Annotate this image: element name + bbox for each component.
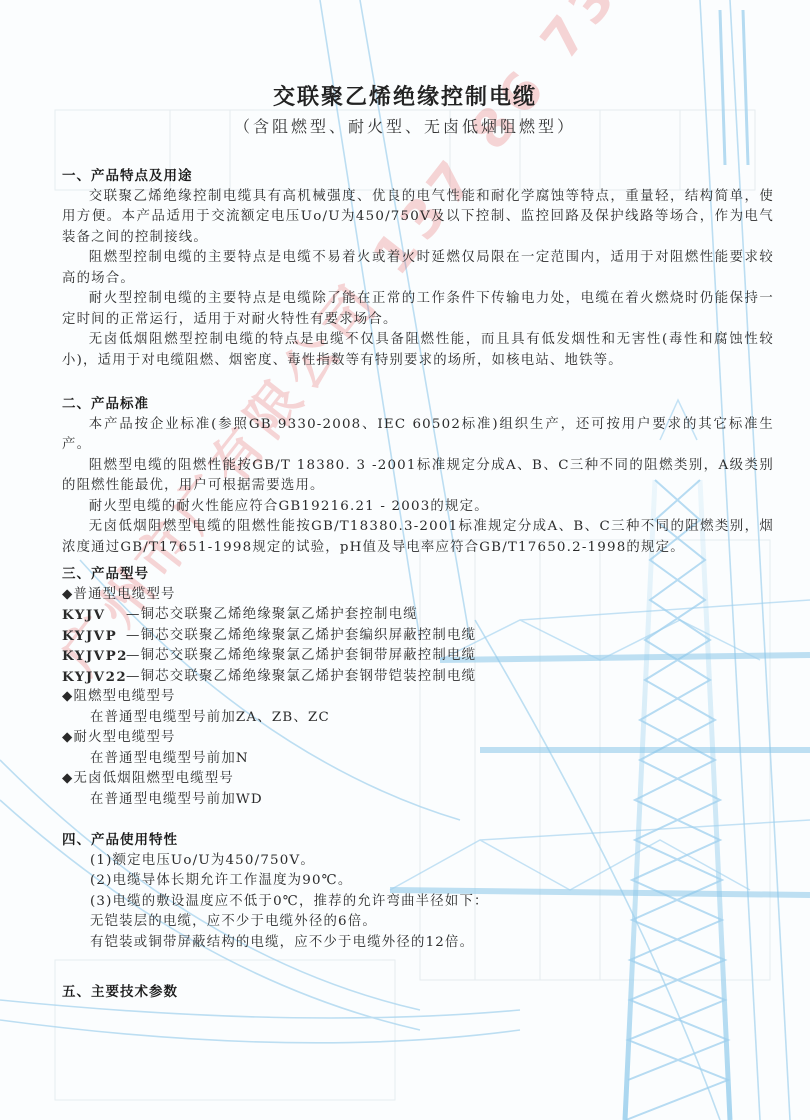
section-heading: 五、主要技术参数 bbox=[62, 982, 774, 1003]
usage-item: (2)电缆导体长期允许工作温度为90℃。 bbox=[62, 871, 774, 892]
section-heading: 三、产品型号 bbox=[62, 564, 774, 585]
paragraph: 无卤低烟阻燃型电缆的阻燃性能按GB/T18380.3-2001标准规定分成A、B… bbox=[62, 517, 774, 558]
section-features: 一、产品特点及用途 交联聚乙烯绝缘控制电缆具有高机械强度、优良的电气性能和耐化学… bbox=[62, 166, 774, 371]
model-description: —铜芯交联聚乙烯绝缘聚氯乙烯护套控制电缆 bbox=[126, 605, 418, 626]
model-group-note: 在普通型电缆型号前加WD bbox=[62, 790, 774, 811]
model-row: KYJVP2 —铜芯交联聚乙烯绝缘聚氯乙烯护套铜带屏蔽控制电缆 bbox=[62, 646, 774, 667]
usage-item: 无铠装层的电缆，应不少于电缆外径的6倍。 bbox=[62, 912, 774, 933]
model-description: —铜芯交联聚乙烯绝缘聚氯乙烯护套铜带屏蔽控制电缆 bbox=[126, 646, 476, 667]
model-code: KYJV bbox=[62, 605, 126, 626]
model-group-label: ◆阻燃型电缆型号 bbox=[62, 687, 774, 708]
usage-item: (3)电缆的敷设温度应不低于0℃，推荐的允许弯曲半径如下： bbox=[62, 892, 774, 913]
paragraph: 阻燃型控制电缆的主要特点是电缆不易着火或着火时延燃仅局限在一定范围内，适用于对阻… bbox=[62, 248, 774, 289]
model-code: KYJVP bbox=[62, 626, 126, 647]
model-row: KYJVP —铜芯交联聚乙烯绝缘聚氯乙烯护套编织屏蔽控制电缆 bbox=[62, 626, 774, 647]
model-group-note: 在普通型电缆型号前加N bbox=[62, 749, 774, 770]
model-description: —铜芯交联聚乙烯绝缘聚氯乙烯护套钢带铠装控制电缆 bbox=[126, 667, 476, 688]
usage-item: 有铠装或铜带屏蔽结构的电缆，应不少于电缆外径的12倍。 bbox=[62, 933, 774, 954]
model-code: KYJVP2 bbox=[62, 646, 126, 667]
section-heading: 四、产品使用特性 bbox=[62, 830, 774, 851]
model-row: KYJV —铜芯交联聚乙烯绝缘聚氯乙烯护套控制电缆 bbox=[62, 605, 774, 626]
usage-item: (1)额定电压Uo/U为450/750V。 bbox=[62, 851, 774, 872]
model-group-note: 在普通型电缆型号前加ZA、ZB、ZC bbox=[62, 708, 774, 729]
section-heading: 二、产品标准 bbox=[62, 394, 774, 415]
section-models: 三、产品型号 ◆普通型电缆型号 KYJV —铜芯交联聚乙烯绝缘聚氯乙烯护套控制电… bbox=[62, 564, 774, 810]
page-subtitle: （含阻燃型、耐火型、无卤低烟阻燃型） bbox=[0, 114, 810, 137]
section-usage: 四、产品使用特性 (1)额定电压Uo/U为450/750V。 (2)电缆导体长期… bbox=[62, 830, 774, 953]
model-code: KYJV22 bbox=[62, 667, 126, 688]
model-row: KYJV22 —铜芯交联聚乙烯绝缘聚氯乙烯护套钢带铠装控制电缆 bbox=[62, 667, 774, 688]
section-standards: 二、产品标准 本产品按企业标准(参照GB 9330-2008、IEC 60502… bbox=[62, 394, 774, 558]
model-description: —铜芯交联聚乙烯绝缘聚氯乙烯护套编织屏蔽控制电缆 bbox=[126, 626, 476, 647]
section-tech-params: 五、主要技术参数 bbox=[62, 982, 774, 1003]
paragraph: 耐火型控制电缆的主要特点是电缆除了能在正常的工作条件下传输电力处，电缆在着火燃烧… bbox=[62, 289, 774, 330]
model-group-label: ◆耐火型电缆型号 bbox=[62, 728, 774, 749]
paragraph: 无卤低烟阻燃型控制电缆的特点是电缆不仅具备阻燃性能，而且具有低发烟性和无害性(毒… bbox=[62, 330, 774, 371]
paragraph: 阻燃型电缆的阻燃性能按GB/T 18380. 3 -2001标准规定分成A、B、… bbox=[62, 456, 774, 497]
paragraph: 本产品按企业标准(参照GB 9330-2008、IEC 60502标准)组织生产… bbox=[62, 415, 774, 456]
model-group-label: ◆普通型电缆型号 bbox=[62, 585, 774, 606]
model-group-label: ◆无卤低烟阻燃型电缆型号 bbox=[62, 769, 774, 790]
paragraph: 耐火型电缆的耐火性能应符合GB19216.21 - 2003的规定。 bbox=[62, 497, 774, 518]
paragraph: 交联聚乙烯绝缘控制电缆具有高机械强度、优良的电气性能和耐化学腐蚀等特点，重量轻，… bbox=[62, 187, 774, 249]
section-heading: 一、产品特点及用途 bbox=[62, 166, 774, 187]
page-title: 交联聚乙烯绝缘控制电缆 bbox=[0, 80, 810, 111]
document-page: 交联聚乙烯绝缘控制电缆 （含阻燃型、耐火型、无卤低烟阻燃型） 一、产品特点及用途… bbox=[0, 0, 810, 1120]
